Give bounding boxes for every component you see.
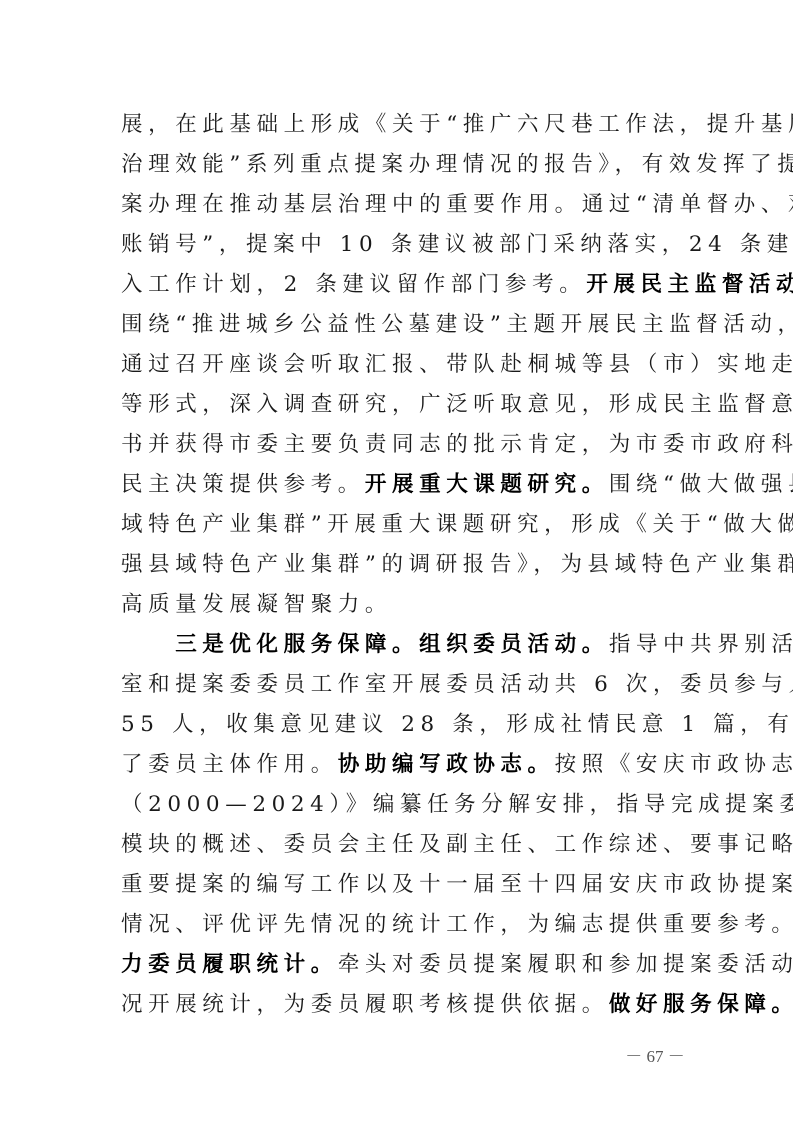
body-text-segment: 55 人，收集意见建议 28 条，形成社情民意 1 篇，有效发挥 [121,712,793,737]
body-text-segment: 治理效能”系列重点提案办理情况的报告》，有效发挥了提 [121,152,793,177]
body-text-segment: 展，在此基础上形成《关于“推广六尺巷工作法，提升基层 [121,112,793,137]
text-line: 三是优化服务保障。组织委员活动。指导中共界别活动 [121,625,681,665]
body-text-segment [121,632,175,657]
body-text-segment: 指导中共界别活动 [609,632,793,657]
document-page: 展，在此基础上形成《关于“推广六尺巷工作法，提升基层治理效能”系列重点提案办理情… [0,0,793,1122]
body-text-segment: 围绕“做大做强县 [609,472,793,497]
text-line: 通过召开座谈会听取汇报、带队赴桐城等县（市）实地走访 [121,345,681,385]
body-text-segment: 入工作计划，2 条建议留作部门参考。 [121,272,586,297]
bold-heading-text: 开展重大课题研究。 [365,472,609,497]
text-line: 书并获得市委主要负责同志的批示肯定，为市委市政府科学 [121,425,681,465]
bold-heading-text: 开展民主监督活动。 [586,272,793,297]
body-text-segment: （2000—2024）》编纂任务分解安排，指导完成提案委员会 [121,792,793,817]
text-line: 账销号”，提案中 10 条建议被部门采纳落实，24 条建议列 [121,225,681,265]
bold-heading-text: 协助编写政协志。 [338,752,555,777]
text-line: 况开展统计，为委员履职考核提供依据。做好服务保障。服 [121,985,681,1025]
text-line: 等形式，深入调查研究，广泛听取意见，形成民主监督意见 [121,385,681,425]
text-line: （2000—2024）》编纂任务分解安排，指导完成提案委员会 [121,785,681,825]
bold-heading-text: 三是优化服务保障。组织委员活动。 [175,632,609,657]
text-line: 室和提案委委员工作室开展委员活动共 6 次，委员参与人数 [121,665,681,705]
text-line: 55 人，收集意见建议 28 条，形成社情民意 1 篇，有效发挥 [121,705,681,745]
text-line: 强县域特色产业集群”的调研报告》，为县域特色产业集群 [121,545,681,585]
text-line: 入工作计划，2 条建议留作部门参考。开展民主监督活动。 [121,265,681,305]
text-line: 了委员主体作用。协助编写政协志。按照《安庆市政协志 [121,745,681,785]
body-text-segment: 通过召开座谈会听取汇报、带队赴桐城等县（市）实地走访 [121,352,793,377]
body-text-segment: 民主决策提供参考。 [121,472,365,497]
text-line: 围绕“推进城乡公益性公墓建设”主题开展民主监督活动， [121,305,681,345]
body-text-segment: 等形式，深入调查研究，广泛听取意见，形成民主监督意见 [121,392,793,417]
bold-heading-text: 做好服务保障。 [609,992,793,1017]
body-text-segment: 牵头对委员提案履职和参加提案委活动情 [338,952,793,977]
text-line: 模块的概述、委员会主任及副主任、工作综述、要事记略、 [121,825,681,865]
text-line: 民主决策提供参考。开展重大课题研究。围绕“做大做强县 [121,465,681,505]
body-text-segment: 按照《安庆市政协志 [555,752,793,777]
text-line: 重要提案的编写工作以及十一届至十四届安庆市政协提案 [121,865,681,905]
body-text-segment: 书并获得市委主要负责同志的批示肯定，为市委市政府科学 [121,432,793,457]
text-line: 治理效能”系列重点提案办理情况的报告》，有效发挥了提 [121,145,681,185]
text-line: 高质量发展凝智聚力。 [121,585,681,625]
text-line: 力委员履职统计。牵头对委员提案履职和参加提案委活动情 [121,945,681,985]
body-text-segment: 了委员主体作用。 [121,752,338,777]
body-text-segment: 围绕“推进城乡公益性公墓建设”主题开展民主监督活动， [121,312,793,337]
body-text-segment: 域特色产业集群”开展重大课题研究，形成《关于“做大做 [121,512,793,537]
body-text-segment: 室和提案委委员工作室开展委员活动共 6 次，委员参与人数 [121,672,793,697]
bold-heading-text: 力委员履职统计。 [121,952,338,977]
text-line: 案办理在推动基层治理中的重要作用。通过“清单督办、对 [121,185,681,225]
body-text-segment: 账销号”，提案中 10 条建议被部门采纳落实，24 条建议列 [121,232,793,257]
text-line: 域特色产业集群”开展重大课题研究，形成《关于“做大做 [121,505,681,545]
text-line: 展，在此基础上形成《关于“推广六尺巷工作法，提升基层 [121,105,681,145]
body-text-segment: 案办理在推动基层治理中的重要作用。通过“清单督办、对 [121,192,793,217]
body-text-segment: 况开展统计，为委员履职考核提供依据。 [121,992,609,1017]
body-text-segment: 重要提案的编写工作以及十一届至十四届安庆市政协提案 [121,872,793,897]
body-text-segment: 模块的概述、委员会主任及副主任、工作综述、要事记略、 [121,832,793,857]
text-line: 情况、评优评先情况的统计工作，为编志提供重要参考。助 [121,905,681,945]
body-text-segment: 强县域特色产业集群”的调研报告》，为县域特色产业集群 [121,552,793,577]
body-text-segment: 高质量发展凝智聚力。 [121,592,392,617]
page-number: － 67 － [620,1042,690,1067]
body-text-segment: 情况、评优评先情况的统计工作，为编志提供重要参考。 [121,912,793,937]
body-text: 展，在此基础上形成《关于“推广六尺巷工作法，提升基层治理效能”系列重点提案办理情… [121,105,681,1025]
